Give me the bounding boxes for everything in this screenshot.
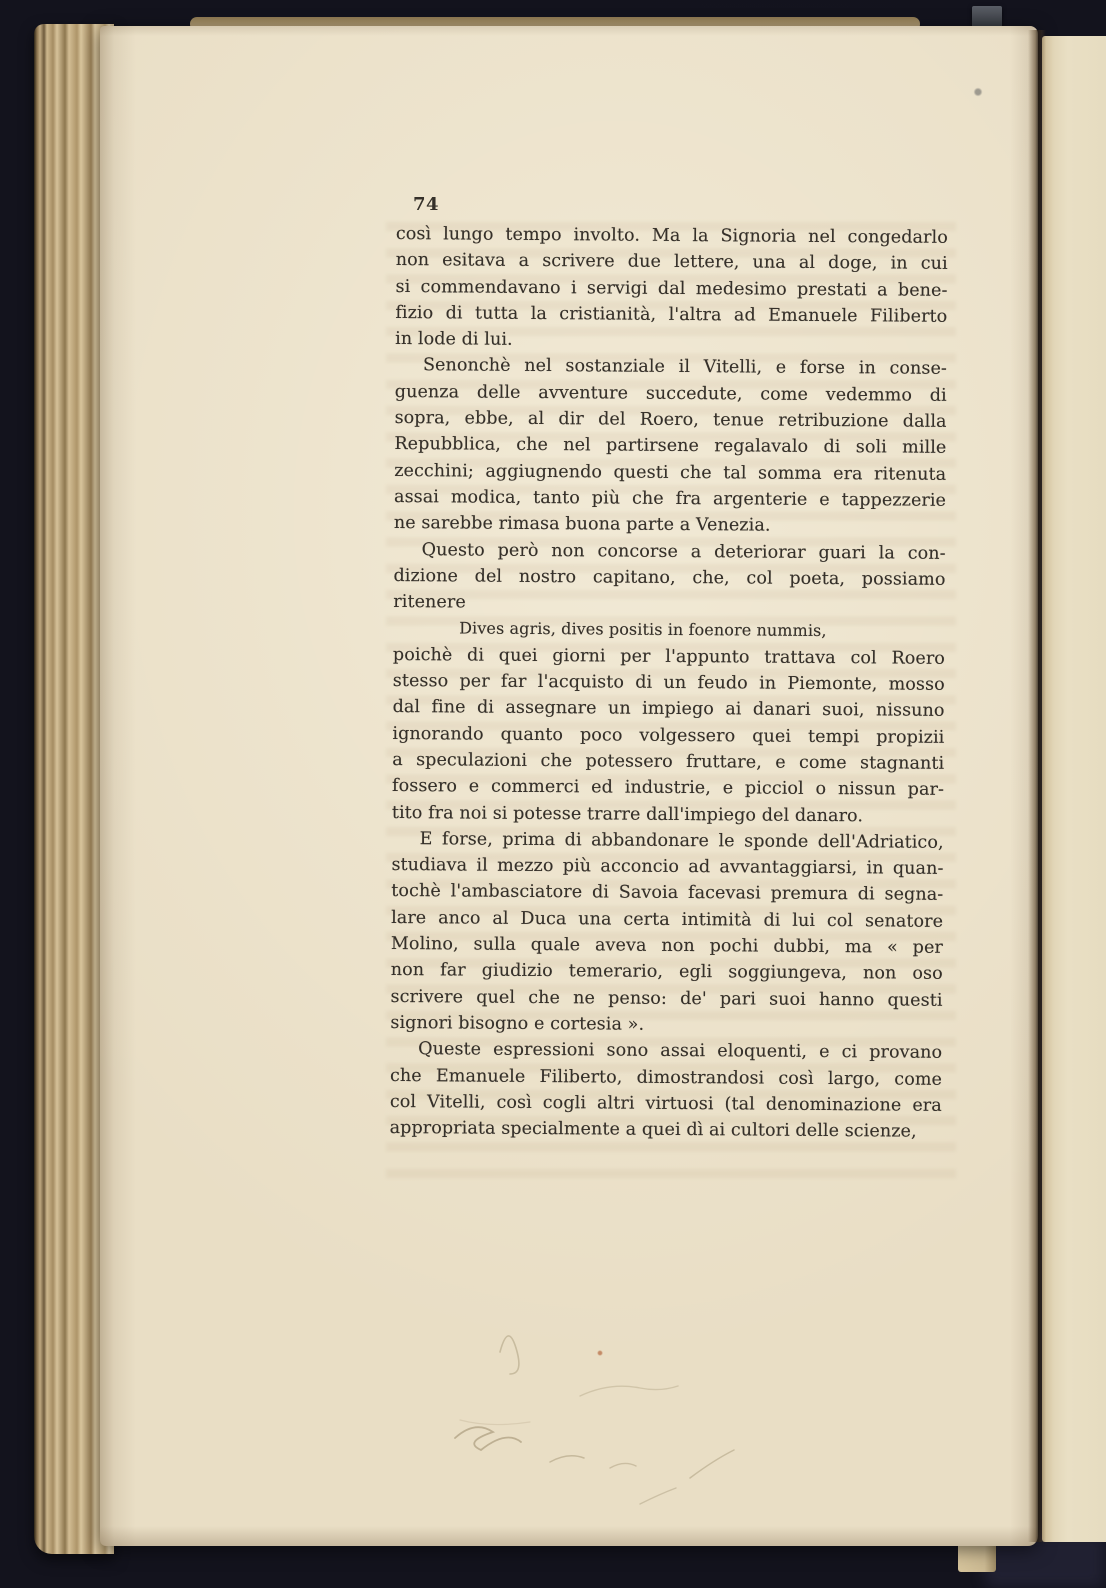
verse-line: Dives agris, dives positis in foenore nu… [393,615,945,645]
text-line: guenza delle avventure succedute, come v… [395,379,947,409]
text-line: tito fra noi si potesse trarre dall'impi… [392,800,944,830]
text-line: Questo però non concorse a deteriorar gu… [394,537,946,567]
page-number: 74 [413,194,439,215]
text-line: ignorando quanto poco volgessero quei te… [392,721,944,751]
text-line: lare anco al Duca una certa intimità di … [391,905,943,935]
book-scan-scene: 74 così lungo tempo involto. Ma la Signo… [0,0,1106,1588]
text-line: poichè di quei giorni per l'appunto trat… [393,642,945,672]
pencil-marks [400,1300,820,1530]
page-text-block: così lungo tempo involto. Ma la Signoria… [390,221,948,1145]
text-line: si commendavano i servigi dal medesimo p… [395,274,947,304]
book-gutter-fold [1028,30,1046,1542]
cradle-tab [958,1544,996,1572]
text-line: stesso per far l'acquisto di un feudo in… [393,668,945,698]
text-line: assai modica, tanto più che fra argenter… [394,484,946,514]
text-line: signori bisogno e cortesia ». [390,1010,942,1040]
text-line: tochè l'ambasciatore di Savoia facevasi … [391,878,943,908]
text-line: fizio di tutta la cristianità, l'altra a… [395,300,947,330]
text-line: E forse, prima di abbandonare le sponde … [392,826,944,856]
text-line: col Vitelli, così cogli altri virtuosi (… [390,1089,942,1119]
text-line: Senonchè nel sostanziale il Vitelli, e f… [395,352,947,382]
text-line: dizione del nostro capitano, che, col po… [393,563,945,593]
book-page: 74 così lungo tempo involto. Ma la Signo… [100,26,1038,1546]
text-line: ne sarebbe rimasa buona parte a Venezia. [394,510,946,540]
text-line: appropriata specialmente a quei dì ai cu… [390,1115,942,1145]
text-line: in lode di lui. [395,326,947,356]
facing-page-edge [1042,36,1106,1542]
text-line: studiava il mezzo più acconcio ad avvant… [391,852,943,882]
text-line: scrivere quel che ne penso: de' pari suo… [390,984,942,1014]
text-line: Queste espressioni sono assai eloquenti,… [390,1036,942,1066]
text-line: Molino, sulla quale aveva non pochi dubb… [391,931,943,961]
text-line: non esitava a scrivere due lettere, una … [396,247,948,277]
text-line: così lungo tempo involto. Ma la Signoria… [396,221,948,251]
text-line: zecchini; aggiugnendo questi che tal som… [394,458,946,488]
text-line: fossero e commerci ed industrie, e picci… [392,773,944,803]
text-line: non far giudizio temerario, egli soggiun… [391,957,943,987]
text-line: a speculazioni che potessero fruttare, e… [392,747,944,777]
text-line: ritenere [393,589,945,619]
text-line: sopra, ebbe, al dir del Roero, tenue ret… [395,405,947,435]
text-line: Repubblica, che nel partirsene regalaval… [394,431,946,461]
text-line: che Emanuele Filiberto, dimostrandosi co… [390,1062,942,1092]
text-line: dal fine di assegnare un impiego ai dana… [393,694,945,724]
